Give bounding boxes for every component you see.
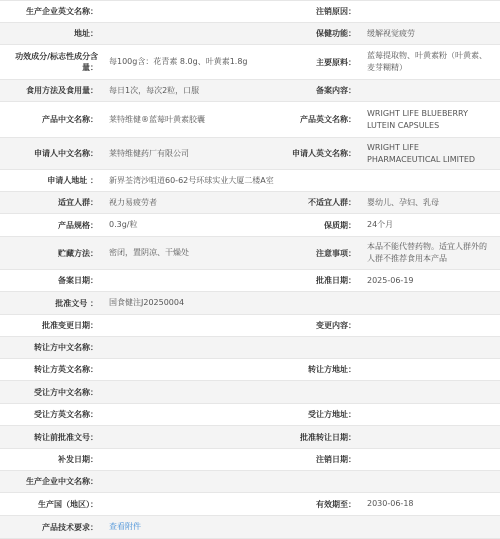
product-detail-table: 生产企业英文名称：注销原因：地址：保健功能：缓解视觉疲劳功效成分/标志性成分含量… bbox=[0, 0, 500, 539]
field-label: 注销原因： bbox=[266, 1, 364, 22]
field-value: 莱特维健药厂有限公司 bbox=[106, 138, 266, 169]
table-row: 生产企业中文名称： bbox=[0, 471, 500, 493]
field-label: 适宜人群： bbox=[0, 192, 106, 213]
field-label: 地址： bbox=[0, 23, 106, 44]
field-value: 每100g含：花青素 8.0g、叶黄素1.8g bbox=[106, 45, 266, 79]
field-value bbox=[106, 493, 266, 515]
field-label: 生产企业英文名称： bbox=[0, 1, 106, 22]
field-label: 产品英文名称： bbox=[266, 102, 364, 137]
table-row: 地址：保健功能：缓解视觉疲劳 bbox=[0, 23, 500, 45]
table-row: 功效成分/标志性成分含量：每100g含：花青素 8.0g、叶黄素1.8g主要原料… bbox=[0, 45, 500, 80]
table-row: 生产国（地区）：有效期至：2030-06-18 bbox=[0, 493, 500, 516]
field-value bbox=[364, 359, 500, 380]
field-label: 批准文号 ： bbox=[0, 292, 106, 314]
field-value: 婴幼儿、孕妇、乳母 bbox=[364, 192, 500, 213]
field-label: 转让方英文名称： bbox=[0, 359, 106, 380]
table-row: 申请人地址 ：新界荃湾沙咀道60-62号环球实业大厦二楼A室 bbox=[0, 170, 500, 192]
field-label: 受让方中文名称： bbox=[0, 381, 106, 403]
field-label: 产品中文名称： bbox=[0, 102, 106, 137]
table-row: 食用方法及食用量：每日1次，每次2粒，口服备案内容： bbox=[0, 80, 500, 102]
field-label: 申请人地址 ： bbox=[0, 170, 106, 191]
field-value bbox=[106, 1, 266, 22]
field-label: 批准日期： bbox=[266, 270, 364, 291]
field-value bbox=[106, 315, 266, 336]
field-value bbox=[106, 471, 500, 492]
field-label: 批准转让日期： bbox=[266, 426, 364, 448]
table-row: 转让前批准文号：批准转让日期： bbox=[0, 426, 500, 449]
field-value bbox=[106, 23, 266, 44]
field-label: 功效成分/标志性成分含量： bbox=[0, 45, 106, 79]
field-value bbox=[364, 80, 500, 101]
field-value bbox=[106, 359, 266, 380]
field-value bbox=[364, 1, 500, 22]
field-label: 产品技术要求： bbox=[0, 516, 106, 538]
field-label: 食用方法及食用量： bbox=[0, 80, 106, 101]
field-value: 0.3g/粒 bbox=[106, 214, 266, 236]
field-label: 备案日期： bbox=[0, 270, 106, 291]
field-value: 视力易疲劳者 bbox=[106, 192, 266, 213]
table-row: 批准文号 ：国食健注J20250004 bbox=[0, 292, 500, 315]
field-label bbox=[266, 516, 364, 538]
field-value bbox=[106, 270, 266, 291]
field-label: 申请人中文名称： bbox=[0, 138, 106, 169]
table-row: 贮藏方法：密闭，置阴凉、干燥处注意事项：本品不能代替药物。适宜人群外的人群不推荐… bbox=[0, 237, 500, 270]
field-label: 产品规格： bbox=[0, 214, 106, 236]
table-row: 转让方英文名称：转让方地址： bbox=[0, 359, 500, 381]
table-row: 转让方中文名称： bbox=[0, 337, 500, 359]
field-value: 蓝莓提取物、叶黄素粉（叶黄素、麦芽糊精） bbox=[364, 45, 500, 79]
table-row: 产品中文名称：莱特维健®蓝莓叶黄素胶囊产品英文名称：WRIGHT LIFE BL… bbox=[0, 102, 500, 138]
field-value bbox=[364, 404, 500, 425]
field-label: 注销日期： bbox=[266, 449, 364, 470]
table-row: 受让方中文名称： bbox=[0, 381, 500, 404]
field-value: 缓解视觉疲劳 bbox=[364, 23, 500, 44]
field-label: 贮藏方法： bbox=[0, 237, 106, 269]
field-label: 补发日期： bbox=[0, 449, 106, 470]
field-label: 批准变更日期： bbox=[0, 315, 106, 336]
field-value: 2030-06-18 bbox=[364, 493, 500, 515]
view-attachment-link[interactable]: 查看附件 bbox=[106, 516, 266, 538]
field-value bbox=[364, 315, 500, 336]
field-value bbox=[364, 516, 500, 538]
table-row: 生产企业英文名称：注销原因： bbox=[0, 1, 500, 23]
field-value bbox=[364, 426, 500, 448]
field-value: WRIGHT LIFE PHARMACEUTICAL LIMITED bbox=[364, 138, 500, 169]
table-row: 受让方英文名称：受让方地址： bbox=[0, 404, 500, 426]
field-label: 有效期至： bbox=[266, 493, 364, 515]
field-value: 密闭，置阴凉、干燥处 bbox=[106, 237, 266, 269]
field-value bbox=[106, 404, 266, 425]
field-label: 备案内容： bbox=[266, 80, 364, 101]
field-label: 生产企业中文名称： bbox=[0, 471, 106, 492]
field-value bbox=[106, 449, 266, 470]
field-label: 保质期： bbox=[266, 214, 364, 236]
field-value: WRIGHT LIFE BLUEBERRY LUTEIN CAPSULES bbox=[364, 102, 500, 137]
field-label: 主要原料： bbox=[266, 45, 364, 79]
field-label: 受让方英文名称： bbox=[0, 404, 106, 425]
field-value: 每日1次，每次2粒，口服 bbox=[106, 80, 266, 101]
field-label: 生产国（地区）： bbox=[0, 493, 106, 515]
field-label: 保健功能： bbox=[266, 23, 364, 44]
field-label: 注意事项： bbox=[266, 237, 364, 269]
field-value bbox=[106, 381, 500, 403]
table-row: 适宜人群：视力易疲劳者不适宜人群：婴幼儿、孕妇、乳母 bbox=[0, 192, 500, 214]
table-row: 备案日期：批准日期：2025-06-19 bbox=[0, 270, 500, 292]
field-value: 24个月 bbox=[364, 214, 500, 236]
field-label: 申请人英文名称： bbox=[266, 138, 364, 169]
field-label: 受让方地址： bbox=[266, 404, 364, 425]
table-row: 批准变更日期：变更内容： bbox=[0, 315, 500, 337]
field-value: 新界荃湾沙咀道60-62号环球实业大厦二楼A室 bbox=[106, 170, 500, 191]
field-value: 国食健注J20250004 bbox=[106, 292, 500, 314]
field-value: 莱特维健®蓝莓叶黄素胶囊 bbox=[106, 102, 266, 137]
table-row: 补发日期：注销日期： bbox=[0, 449, 500, 471]
table-row: 产品规格：0.3g/粒保质期：24个月 bbox=[0, 214, 500, 237]
field-value: 2025-06-19 bbox=[364, 270, 500, 291]
field-label: 不适宜人群： bbox=[266, 192, 364, 213]
field-value bbox=[106, 337, 500, 358]
field-value bbox=[106, 426, 266, 448]
table-row: 产品技术要求：查看附件 bbox=[0, 516, 500, 539]
field-label: 转让前批准文号： bbox=[0, 426, 106, 448]
field-label: 转让方地址： bbox=[266, 359, 364, 380]
field-value: 本品不能代替药物。适宜人群外的人群不推荐食用本产品 bbox=[364, 237, 500, 269]
field-value bbox=[364, 449, 500, 470]
table-row: 申请人中文名称：莱特维健药厂有限公司申请人英文名称：WRIGHT LIFE PH… bbox=[0, 138, 500, 170]
field-label: 变更内容： bbox=[266, 315, 364, 336]
field-label: 转让方中文名称： bbox=[0, 337, 106, 358]
